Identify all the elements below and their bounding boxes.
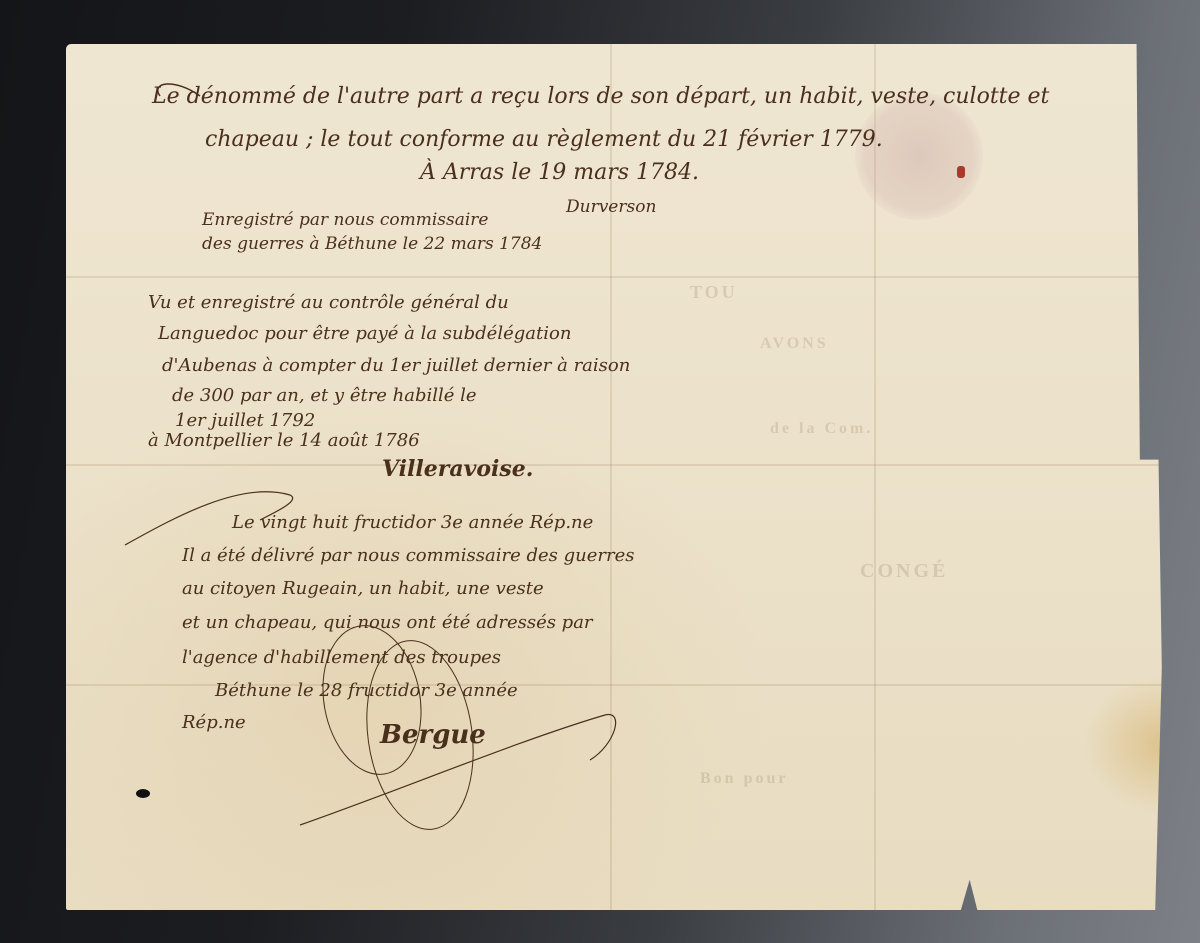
fold-line-horizontal bbox=[66, 464, 1164, 466]
wax-seal-stain bbox=[855, 92, 983, 220]
text-line-s4-5: l'agence d'habillement des troupes bbox=[182, 647, 501, 668]
text-line-s4-3: au citoyen Rugeain, un habit, une veste bbox=[182, 578, 544, 599]
text-line-s4-2: Il a été délivré par nous commissaire de… bbox=[182, 545, 634, 566]
text-line-s4-6: Béthune le 28 fructidor 3e année bbox=[215, 680, 518, 701]
text-line-s1-1: Le dénommé de l'autre part a reçu lors d… bbox=[152, 84, 1049, 109]
text-line-s2-2: des guerres à Béthune le 22 mars 1784 bbox=[202, 234, 542, 254]
bleed-through-text: CONGÉ bbox=[860, 560, 948, 583]
bleed-through-text: AVONS bbox=[760, 335, 829, 353]
text-line-s3-1: Vu et enregistré au contrôle général du bbox=[148, 292, 509, 313]
text-line-s3-6: à Montpellier le 14 août 1786 bbox=[148, 430, 420, 451]
text-line-s3-5: 1er juillet 1792 bbox=[175, 410, 315, 431]
signature-durverson: Durverson bbox=[566, 197, 656, 217]
bleed-through-text: TOU bbox=[690, 282, 738, 303]
signature-villeravoise: Villeravoise. bbox=[382, 456, 533, 482]
text-line-s3-2: Languedoc pour être payé à la subdélégat… bbox=[158, 323, 571, 344]
signature-bergue: Bergue bbox=[380, 720, 486, 750]
fold-line-horizontal bbox=[66, 276, 1164, 278]
text-line-s3-4: de 300 par an, et y être habillé le bbox=[172, 385, 477, 406]
red-wax-remnant bbox=[957, 166, 965, 178]
ink-blot bbox=[136, 789, 150, 798]
text-line-s4-1: Le vingt huit fructidor 3e année Rép.ne bbox=[232, 512, 593, 533]
text-line-s3-3: d'Aubenas à compter du 1er juillet derni… bbox=[162, 355, 630, 376]
text-line-s4-7: Rép.ne bbox=[182, 712, 246, 733]
bleed-through-text: Bon pour bbox=[700, 770, 788, 788]
text-line-s1-2: chapeau ; le tout conforme au règlement … bbox=[205, 127, 883, 152]
text-line-s1-3: À Arras le 19 mars 1784. bbox=[420, 160, 699, 185]
text-line-s4-4: et un chapeau, qui nous ont été adressés… bbox=[182, 612, 593, 633]
bleed-through-text: de la Com. bbox=[770, 420, 873, 438]
text-line-s2-1: Enregistré par nous commissaire bbox=[202, 210, 488, 230]
